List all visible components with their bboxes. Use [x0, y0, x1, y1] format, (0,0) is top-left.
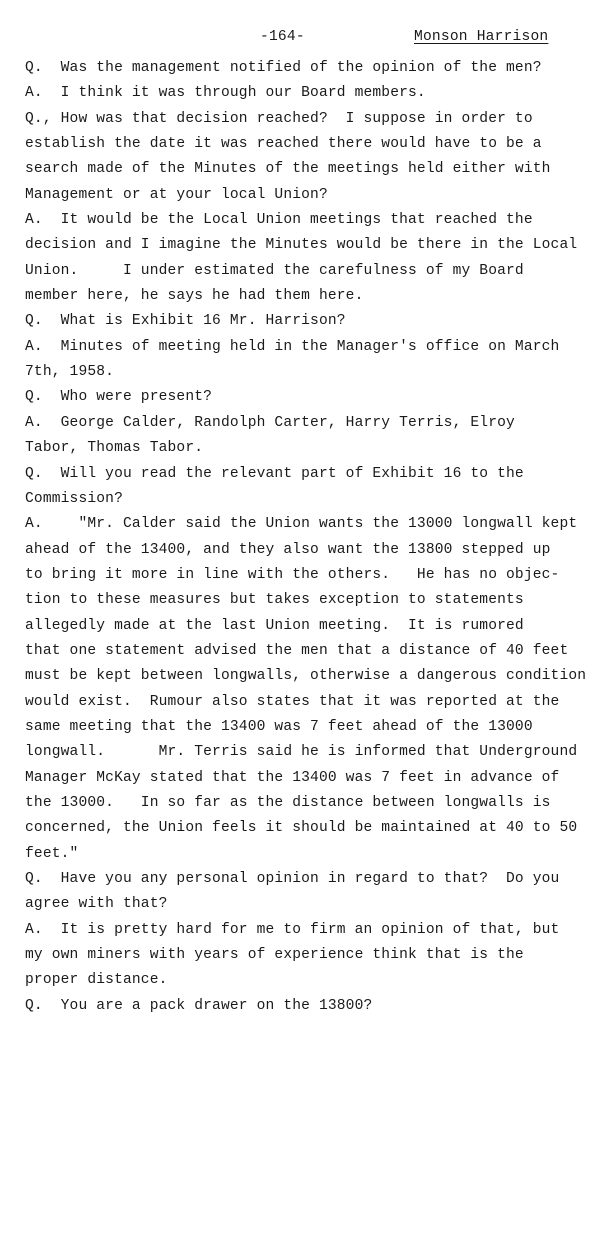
transcript-line: would exist. Rumour also states that it … — [25, 690, 605, 715]
transcript-line: ahead of the 13400, and they also want t… — [25, 538, 605, 563]
transcript-line: proper distance. — [25, 968, 605, 993]
transcript-line: Management or at your local Union? — [25, 183, 605, 208]
transcript-line: allegedly made at the last Union meeting… — [25, 614, 605, 639]
witness-name: Monson Harrison — [414, 29, 548, 45]
transcript-line: same meeting that the 13400 was 7 feet a… — [25, 715, 605, 740]
transcript-line: Q. Was the management notified of the op… — [25, 56, 605, 81]
transcript-line: Q. You are a pack drawer on the 13800? — [25, 994, 605, 1019]
transcript-line: my own miners with years of experience t… — [25, 943, 605, 968]
transcript-line: Q., How was that decision reached? I sup… — [25, 107, 605, 132]
transcript-line: agree with that? — [25, 892, 605, 917]
transcript-line: Q. What is Exhibit 16 Mr. Harrison? — [25, 309, 605, 334]
transcript-line: A. Minutes of meeting held in the Manage… — [25, 335, 605, 360]
transcript-line: member here, he says he had them here. — [25, 284, 605, 309]
transcript-line: A. It is pretty hard for me to firm an o… — [25, 918, 605, 943]
transcript-line: search made of the Minutes of the meetin… — [25, 157, 605, 182]
transcript-line: A. It would be the Local Union meetings … — [25, 208, 605, 233]
page-number: -164- — [260, 29, 305, 45]
transcript-line: to bring it more in line with the others… — [25, 563, 605, 588]
transcript-line: that one statement advised the men that … — [25, 639, 605, 664]
transcript-line: establish the date it was reached there … — [25, 132, 605, 157]
transcript-line: longwall. Mr. Terris said he is informed… — [25, 740, 605, 765]
transcript-line: A. I think it was through our Board memb… — [25, 81, 605, 106]
transcript-line: Manager McKay stated that the 13400 was … — [25, 766, 605, 791]
transcript-line: Commission? — [25, 487, 605, 512]
page-header: -164- Monson Harrison — [0, 29, 610, 49]
transcript-line: tion to these measures but takes excepti… — [25, 588, 605, 613]
transcript-line: Q. Have you any personal opinion in rega… — [25, 867, 605, 892]
transcript-line: A. "Mr. Calder said the Union wants the … — [25, 512, 605, 537]
transcript-line: 7th, 1958. — [25, 360, 605, 385]
transcript-line: Tabor, Thomas Tabor. — [25, 436, 605, 461]
transcript-body: Q. Was the management notified of the op… — [25, 56, 605, 1019]
transcript-line: Union. I under estimated the carefulness… — [25, 259, 605, 284]
transcript-line: the 13000. In so far as the distance bet… — [25, 791, 605, 816]
transcript-line: Q. Will you read the relevant part of Ex… — [25, 462, 605, 487]
transcript-line: A. George Calder, Randolph Carter, Harry… — [25, 411, 605, 436]
transcript-line: Q. Who were present? — [25, 385, 605, 410]
transcript-page: -164- Monson Harrison Q. Was the managem… — [0, 0, 610, 1238]
transcript-line: concerned, the Union feels it should be … — [25, 816, 605, 841]
transcript-line: feet." — [25, 842, 605, 867]
transcript-line: must be kept between longwalls, otherwis… — [25, 664, 605, 689]
transcript-line: decision and I imagine the Minutes would… — [25, 233, 605, 258]
